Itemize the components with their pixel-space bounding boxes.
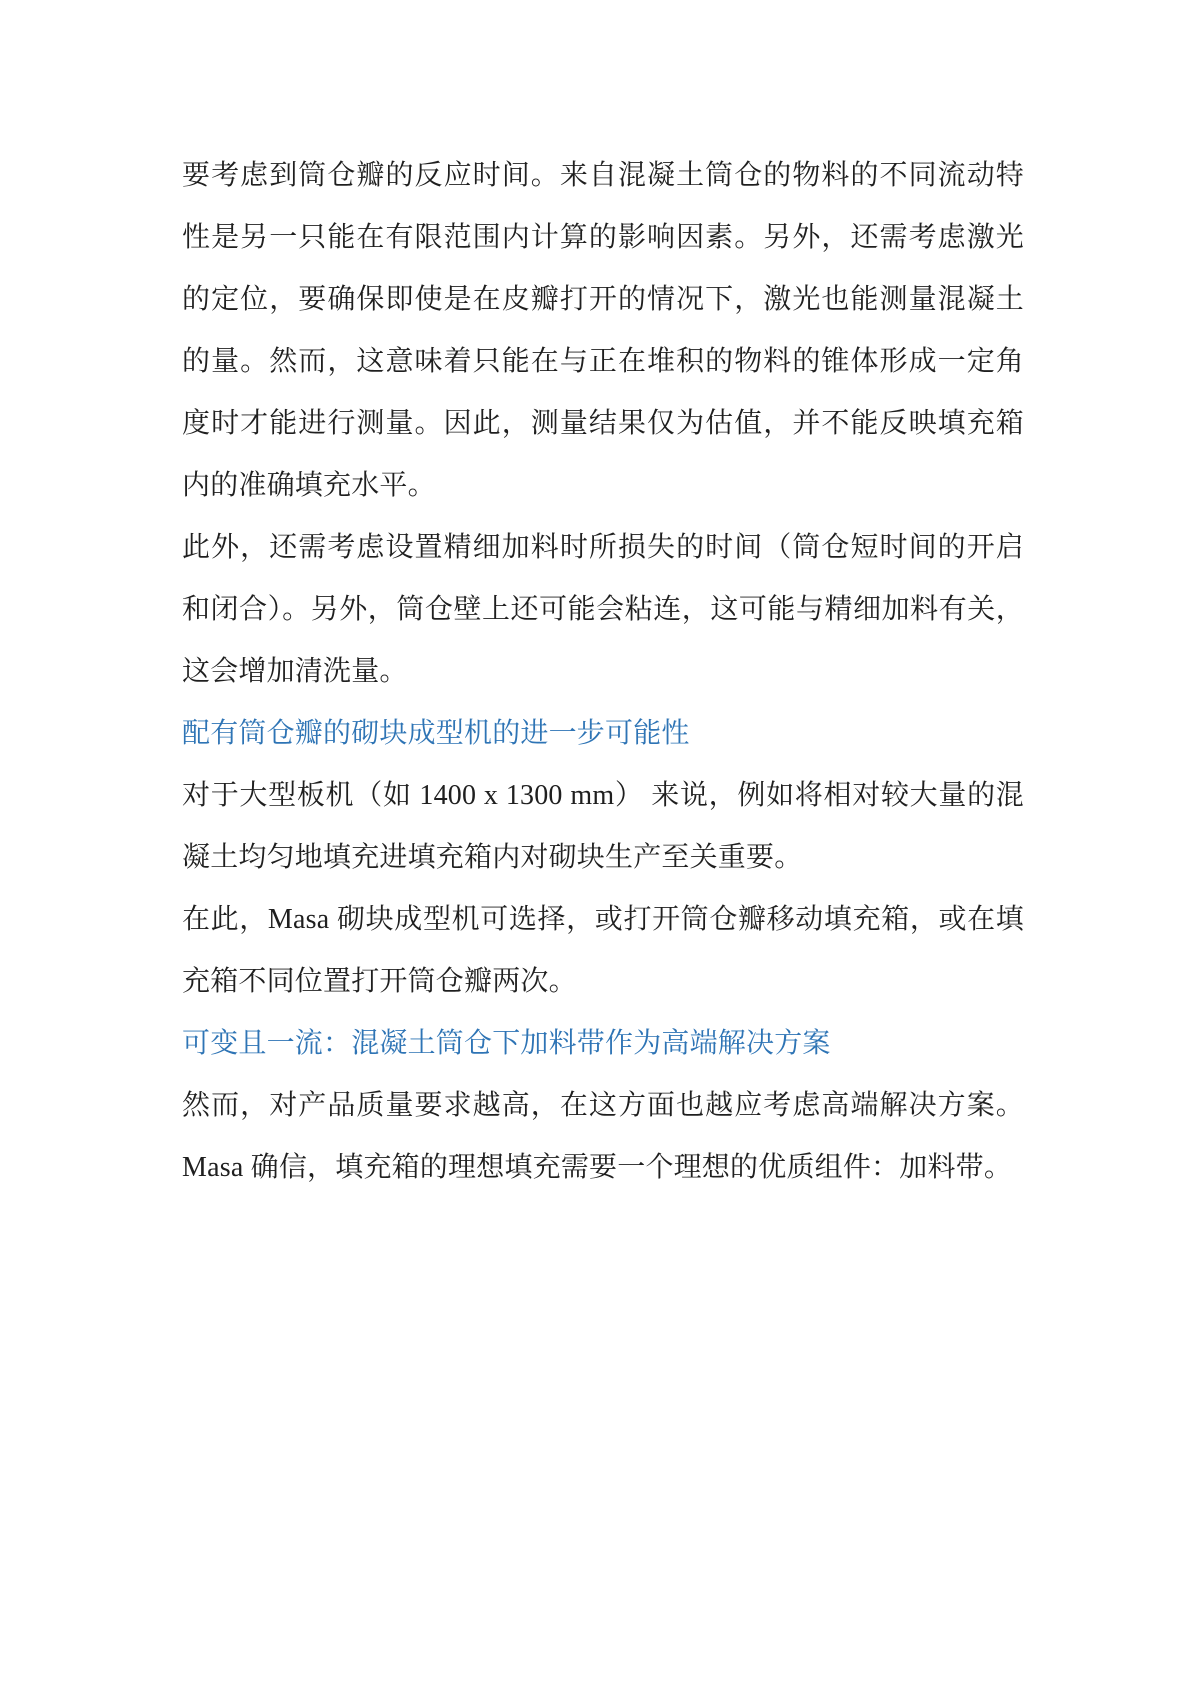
paragraph-masa-machine-options: 在此，Masa 砌块成型机可选择，或打开筒仓瓣移动填充箱，或在填充箱不同位置打开…	[182, 889, 1024, 1013]
paragraph-silo-flap-reaction-time: 要考虑到筒仓瓣的反应时间。来自混凝土筒仓的物料的不同流动特性是另一只能在有限范围…	[182, 145, 1024, 517]
paragraph-fine-dosing-time-loss: 此外，还需考虑设置精细加料时所损失的时间（筒仓短时间的开启和闭合）。另外，筒仓壁…	[182, 517, 1024, 703]
paragraph-large-board-machines: 对于大型板机（如 1400 x 1300 mm） 来说，例如将相对较大量的混凝土…	[182, 765, 1024, 889]
section-heading-silo-flap-possibilities: 配有筒仓瓣的砌块成型机的进一步可能性	[182, 703, 1024, 765]
document-body: 要考虑到筒仓瓣的反应时间。来自混凝土筒仓的物料的不同流动特性是另一只能在有限范围…	[182, 145, 1024, 1199]
paragraph-premium-component-feeding-belt: 然而，对产品质量要求越高，在这方面也越应考虑高端解决方案。Masa 确信，填充箱…	[182, 1075, 1024, 1199]
section-heading-feeding-belt-solution: 可变且一流：混凝土筒仓下加料带作为高端解决方案	[182, 1013, 1024, 1075]
